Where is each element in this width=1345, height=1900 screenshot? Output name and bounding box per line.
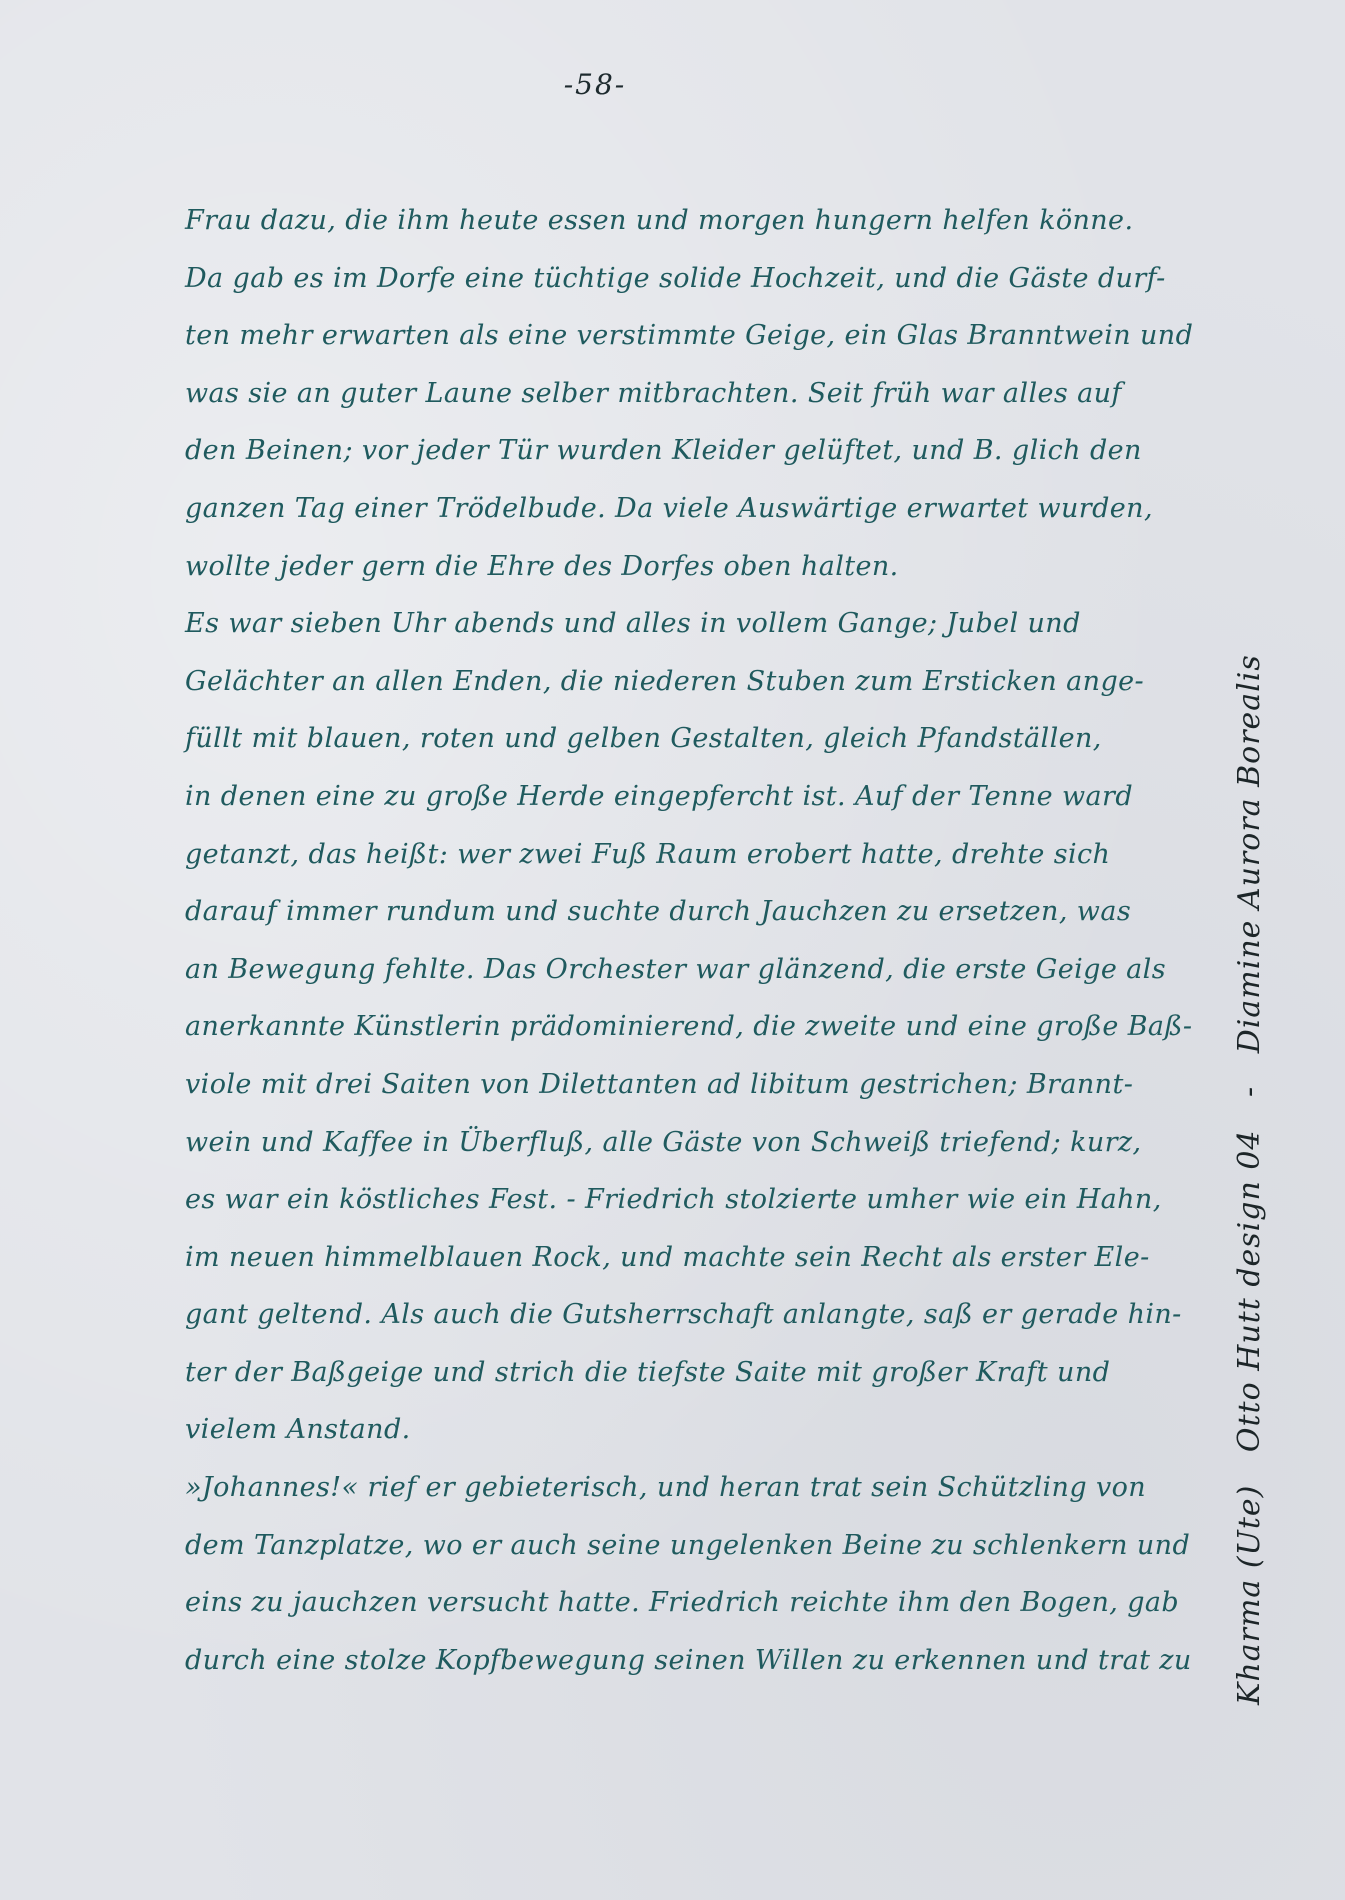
page-number: -58-: [0, 68, 1190, 101]
note-separator: -: [1232, 1086, 1267, 1097]
nib-label: Kharma (Ute): [1232, 1485, 1267, 1705]
handwritten-text-block: Frau dazu, die ihm heute essen und morge…: [185, 192, 1170, 1689]
handwritten-page: -58- Frau dazu, die ihm heute essen und …: [0, 0, 1345, 1900]
text-line: darauf immer rundum und suchte durch Jau…: [185, 883, 1170, 941]
text-line: anerkannte Künstlerin prädominierend, di…: [185, 998, 1170, 1056]
text-line: an Bewegung fehlte. Das Orchester war gl…: [185, 941, 1170, 999]
text-line: »Johannes!« rief er gebieterisch, und he…: [185, 1459, 1170, 1517]
text-line: im neuen himmelblauen Rock, und machte s…: [185, 1229, 1170, 1287]
text-line: gant geltend. Als auch die Gutsherrschaf…: [185, 1286, 1170, 1344]
text-line: ten mehr erwarten als eine verstimmte Ge…: [185, 307, 1170, 365]
text-line: eins zu jauchzen versucht hatte. Friedri…: [185, 1574, 1170, 1632]
text-line: wollte jeder gern die Ehre des Dorfes ob…: [185, 538, 1170, 596]
pen-label: Otto Hutt design 04: [1232, 1129, 1267, 1452]
text-line: Da gab es im Dorfe eine tüchtige solide …: [185, 250, 1170, 308]
text-line: füllt mit blauen, roten und gelben Gesta…: [185, 710, 1170, 768]
text-line: dem Tanzplatze, wo er auch seine ungelen…: [185, 1517, 1170, 1575]
text-line: was sie an guter Laune selber mitbrachte…: [185, 365, 1170, 423]
text-line: vielem Anstand.: [185, 1401, 1170, 1459]
text-line: durch eine stolze Kopfbewegung seinen Wi…: [185, 1632, 1170, 1690]
text-line: viole mit drei Saiten von Dilettanten ad…: [185, 1056, 1170, 1114]
text-line: ter der Baßgeige und strich die tiefste …: [185, 1344, 1170, 1402]
text-line: Es war sieben Uhr abends und alles in vo…: [185, 595, 1170, 653]
ink-label: Diamine Aurora Borealis: [1232, 654, 1267, 1053]
text-line: es war ein köstliches Fest. - Friedrich …: [185, 1171, 1170, 1229]
text-line: in denen eine zu große Herde eingepferch…: [185, 768, 1170, 826]
margin-note-pen-ink: Kharma (Ute) Otto Hutt design 04 - Diami…: [1232, 632, 1267, 1705]
text-line: wein und Kaffee in Überfluß, alle Gäste …: [185, 1114, 1170, 1172]
text-line: den Beinen; vor jeder Tür wurden Kleider…: [185, 422, 1170, 480]
text-line: getanzt, das heißt: wer zwei Fuß Raum er…: [185, 826, 1170, 884]
text-line: ganzen Tag einer Trödelbude. Da viele Au…: [185, 480, 1170, 538]
text-line: Frau dazu, die ihm heute essen und morge…: [185, 192, 1170, 250]
text-line: Gelächter an allen Enden, die niederen S…: [185, 653, 1170, 711]
